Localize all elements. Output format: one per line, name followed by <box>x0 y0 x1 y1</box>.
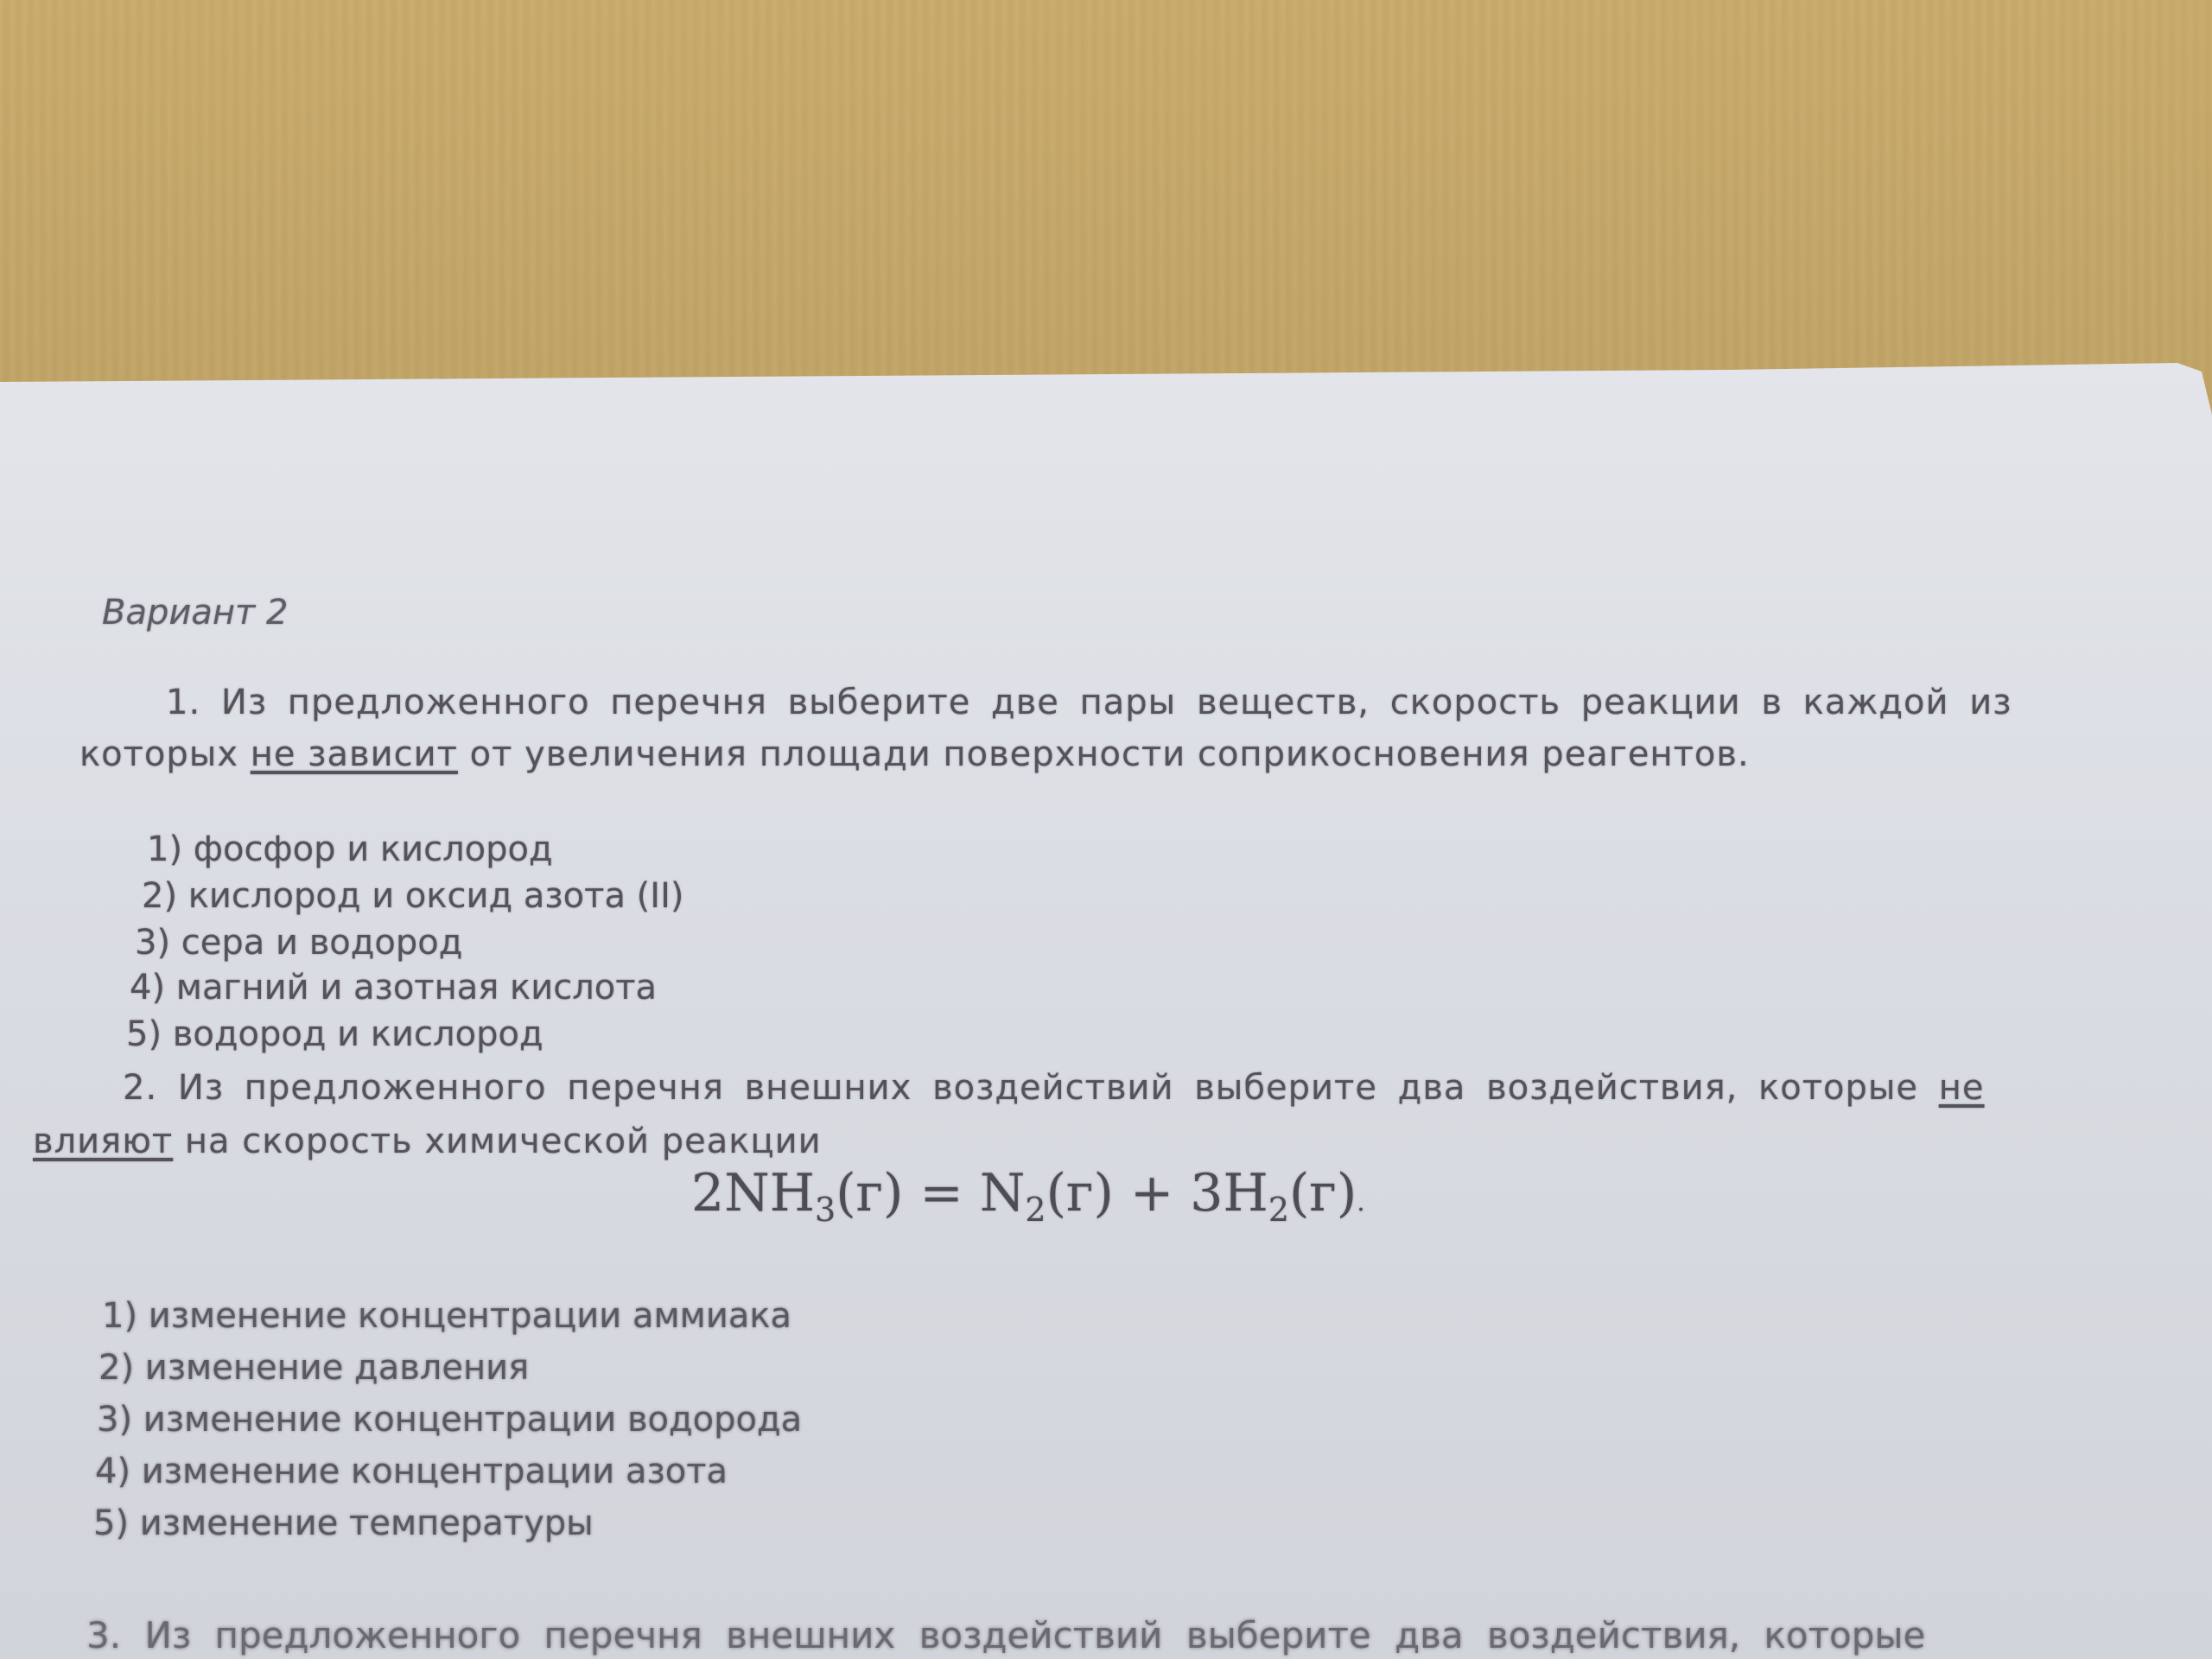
eq-formula: N <box>980 1163 1026 1224</box>
reaction-equation: 2NH3(г) = N2(г) + 3H2(г). <box>691 1163 1365 1229</box>
question-1-option-1: 1) фосфор и кислород <box>147 829 553 869</box>
eq-subscript: 2 <box>1025 1191 1046 1229</box>
eq-subscript: 3 <box>815 1191 836 1229</box>
question-2-option-2: 2) изменение давления <box>99 1348 529 1388</box>
question-1-text: Из предложенного перечня выберите две па… <box>221 683 2012 722</box>
eq-plus: + <box>1130 1163 1173 1224</box>
eq-subscript: 2 <box>1268 1191 1289 1229</box>
question-2-text: Из предложенного перечня внешних воздейс… <box>178 1068 1918 1108</box>
variant-title: Вариант 2 <box>102 593 288 632</box>
question-1-text-prefix: которых <box>79 734 238 774</box>
question-2-line-1: 2. Из предложенного перечня внешних возд… <box>123 1068 1985 1108</box>
eq-state: (г) <box>1289 1163 1357 1224</box>
question-1-option-2: 2) кислород и оксид азота (II) <box>142 876 683 916</box>
question-1-text-suffix: от увеличения площади поверхности соприк… <box>470 734 1750 774</box>
question-2-option-5: 5) изменение температуры <box>93 1503 594 1543</box>
question-1-underlined-phrase: не зависит <box>251 734 458 774</box>
eq-coef: 2 <box>691 1163 724 1224</box>
eq-formula: H <box>1223 1163 1268 1224</box>
question-3-number: 3. <box>86 1614 121 1656</box>
question-3-text: Из предложенного перечня внешних воздейс… <box>144 1614 1925 1656</box>
eq-coef: 3 <box>1190 1163 1223 1224</box>
question-2-line-2: влияют на скорость химической реакции <box>33 1122 822 1161</box>
question-1-number: 1. <box>166 683 200 722</box>
question-1-option-3: 3) сера и водород <box>135 923 462 963</box>
question-2-option-1: 1) изменение концентрации аммиака <box>102 1296 791 1336</box>
question-2-option-4: 4) изменение концентрации азота <box>95 1452 728 1491</box>
wooden-table-background <box>0 0 2212 406</box>
question-2-underlined-vliyayut: влияют <box>33 1122 173 1161</box>
question-1-line-2: которых не зависит от увеличения площади… <box>79 734 1750 774</box>
question-3-line-1: 3. Из предложенного перечня внешних возд… <box>86 1614 1925 1656</box>
eq-formula: NH <box>724 1163 815 1224</box>
eq-state: (г) <box>836 1163 903 1224</box>
question-2-text-suffix: на скорость химической реакции <box>185 1122 822 1161</box>
eq-state: (г) <box>1046 1163 1114 1224</box>
question-2-option-3: 3) изменение концентрации водорода <box>97 1400 802 1440</box>
question-1-option-5: 5) водород и кислород <box>126 1014 543 1054</box>
eq-period: . <box>1357 1187 1365 1217</box>
question-2-number: 2. <box>123 1068 157 1108</box>
eq-equals: = <box>920 1163 963 1224</box>
question-2-underlined-ne: не <box>1939 1068 1985 1108</box>
question-1-line-1: 1. Из предложенного перечня выберите две… <box>166 683 2012 722</box>
question-1-option-4: 4) магний и азотная кислота <box>130 968 657 1007</box>
